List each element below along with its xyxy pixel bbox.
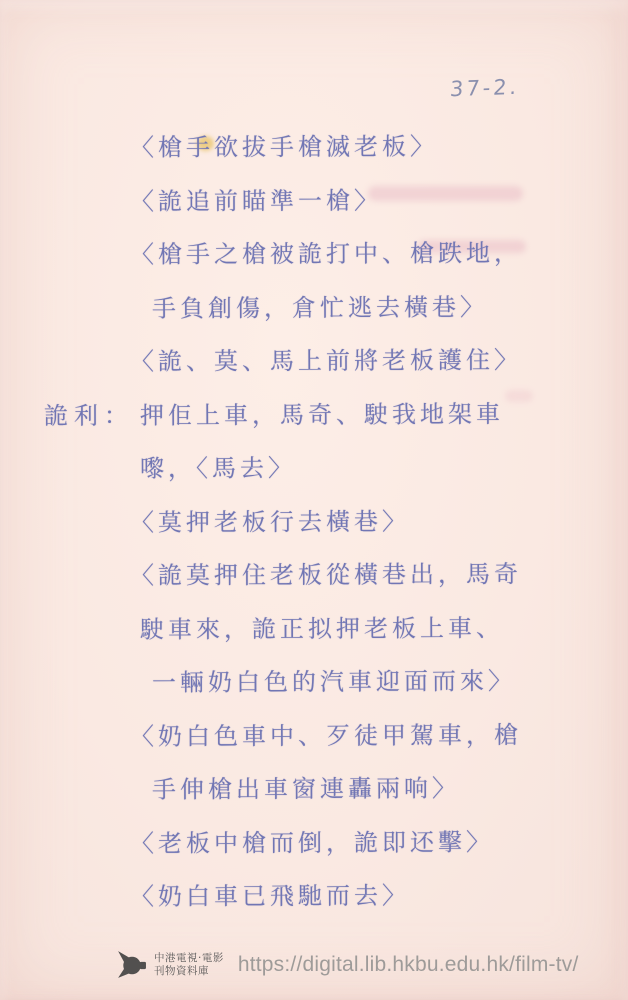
line-text: 〈詭、莫、馬上前將老板護住〉: [130, 346, 522, 376]
line-text: 〈莫押老板行去橫巷〉: [130, 507, 410, 536]
line-text: 〈老板中槍而倒，詭即还擊〉: [130, 828, 494, 858]
script-line: 〈槍手欲拔手槍滅老板〉: [0, 120, 628, 176]
script-line: 〈老板中槍而倒，詭即还擊〉: [0, 815, 628, 871]
dialogue-line: 詭利：押佢上車，馬奇、駛我地架車: [0, 387, 628, 443]
page-number: 37-2.: [449, 75, 520, 101]
script-line: 手伸槍出車窗連轟兩响〉: [0, 762, 628, 818]
library-name-line2: 刊物資料庫: [154, 965, 224, 978]
line-text: 〈詭莫押住老板從橫巷出，馬奇: [130, 560, 522, 590]
library-watermark: 中港電視·電影 刊物資料庫 https://digital.lib.hkbu.e…: [114, 948, 579, 981]
library-url: https://digital.lib.hkbu.edu.hk/film-tv/: [238, 953, 579, 977]
line-text: 〈詭追前瞄準一槍〉: [130, 186, 382, 215]
script-line: 嚟，〈馬去〉: [0, 441, 628, 497]
library-name: 中港電視·電影 刊物資料庫: [154, 952, 224, 977]
line-text: 〈槍手欲拔手槍滅老板〉: [130, 132, 438, 161]
script-line: 〈詭莫押住老板從橫巷出，馬奇: [0, 548, 628, 604]
script-line: 駛車來，詭正拟押老板上車、: [0, 601, 628, 657]
line-text: 一輛奶白色的汽車迎面而來〉: [152, 667, 516, 697]
film-light-icon: [114, 948, 147, 981]
library-name-line1: 中港電視·電影: [154, 952, 224, 965]
script-line: 〈詭追前瞄準一槍〉: [0, 173, 628, 229]
speaker-name: 詭利：: [44, 389, 134, 443]
script-line: 〈奶白車已飛馳而去〉: [0, 869, 628, 925]
script-line: 〈槍手之槍被詭打中、槍跌地，: [0, 227, 628, 283]
script-body: 〈槍手欲拔手槍滅老板〉〈詭追前瞄準一槍〉〈槍手之槍被詭打中、槍跌地，手負創傷，倉…: [0, 121, 628, 924]
script-line: 〈詭、莫、馬上前將老板護住〉: [0, 334, 628, 390]
line-text: 〈槍手之槍被詭打中、槍跌地，: [130, 239, 522, 269]
line-text: 手負創傷，倉忙逃去橫巷〉: [152, 293, 488, 322]
script-line: 〈奶白色車中、歹徒甲駕車，槍: [0, 708, 628, 764]
line-text: 押佢上車，馬奇、駛我地架車: [140, 400, 504, 430]
script-line: 〈莫押老板行去橫巷〉: [0, 494, 628, 550]
line-text: 〈奶白車已飛馳而去〉: [130, 882, 410, 911]
scanned-script-page: 37-2. 〈槍手欲拔手槍滅老板〉〈詭追前瞄準一槍〉〈槍手之槍被詭打中、槍跌地，…: [0, 0, 628, 1000]
line-text: 駛車來，詭正拟押老板上車、: [140, 614, 504, 644]
line-text: 手伸槍出車窗連轟兩响〉: [152, 774, 460, 803]
script-line: 手負創傷，倉忙逃去橫巷〉: [0, 280, 628, 336]
line-text: 嚟，〈馬去〉: [140, 454, 296, 483]
script-line: 一輛奶白色的汽車迎面而來〉: [0, 655, 628, 711]
line-text: 〈奶白色車中、歹徒甲駕車，槍: [130, 721, 522, 751]
